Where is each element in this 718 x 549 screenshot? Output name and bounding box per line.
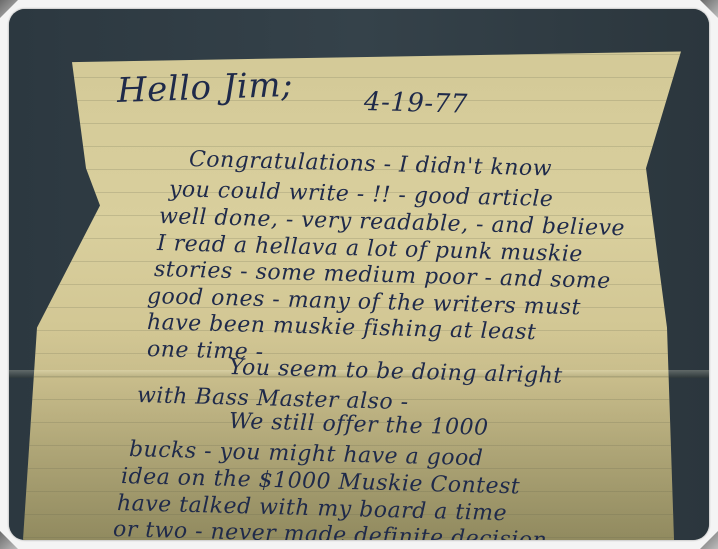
- handwritten-letter: Hello Jim; 4-19-77 Congratulations - I d…: [9, 9, 709, 540]
- letter-photo: Hello Jim; 4-19-77 Congratulations - I d…: [9, 9, 709, 540]
- letter-line: We still offer the 1000: [229, 409, 489, 441]
- letter-line: Congratulations - I didn't know: [189, 147, 553, 181]
- letter-line: You seem to be doing alright: [229, 355, 563, 389]
- letter-greeting: Hello Jim;: [116, 65, 293, 111]
- letter-date: 4-19-77: [364, 87, 469, 120]
- photo-outer-frame: Hello Jim; 4-19-77 Congratulations - I d…: [0, 0, 718, 549]
